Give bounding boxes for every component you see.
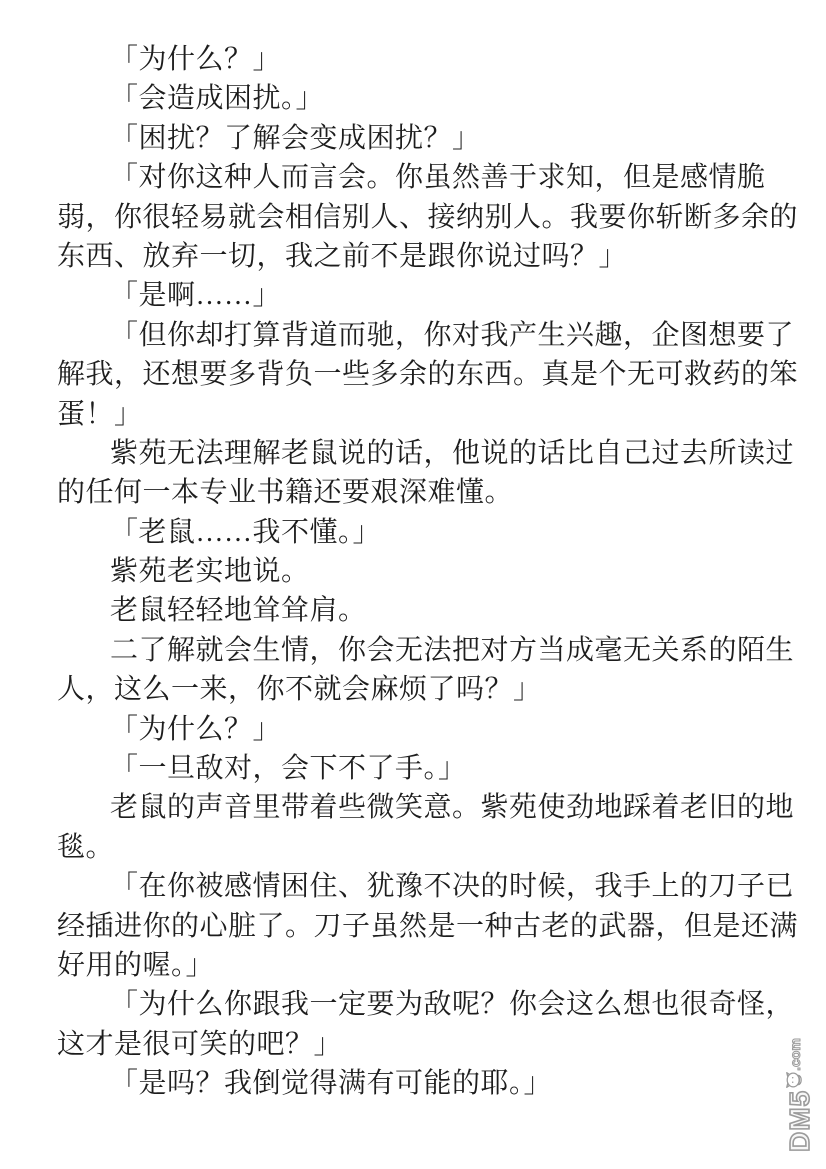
text-line: 「对你这种人而言会。你虽然善于求知，但是感情脆: [57, 158, 786, 197]
text-line: 「为什么？」: [57, 710, 786, 749]
text-line: 经插进你的心脏了。刀子虽然是一种古老的武器，但是还满: [57, 907, 786, 946]
text-line: 「是啊……」: [57, 276, 786, 315]
text-line: 东西、放弃一切，我之前不是跟你说过吗？」: [57, 237, 786, 276]
text-line: 蛋！」: [57, 395, 786, 434]
text-line: 解我，还想要多背负一些多余的东西。真是个无可救药的笨: [57, 355, 786, 394]
text-line: 「老鼠……我不懂。」: [57, 513, 786, 552]
text-line: 「是吗？我倒觉得满有可能的耶。」: [57, 1064, 786, 1103]
page-text-block: 「为什么？」 「会造成困扰。」 「困扰？了解会变成困扰？」 「对你这种人而言会。…: [0, 0, 826, 1104]
text-line: 这才是很可笑的吧？」: [57, 1025, 786, 1064]
text-line: 老鼠轻轻地耸耸肩。: [57, 591, 786, 630]
text-line: 人，这么一来，你不就会麻烦了吗？」: [57, 670, 786, 709]
text-line: 老鼠的声音里带着些微笑意。紫苑使劲地踩着老旧的地: [57, 788, 786, 827]
watermark-mascot-icon: [784, 1069, 806, 1091]
watermark-suffix-text: .com: [787, 1038, 803, 1071]
text-line: 「在你被感情困住、犹豫不决的时候，我手上的刀子已: [57, 867, 786, 906]
text-line: 毯。: [57, 828, 786, 867]
text-line: 「但你却打算背道而驰，你对我产生兴趣，企图想要了: [57, 316, 786, 355]
text-line: 紫苑老实地说。: [57, 552, 786, 591]
text-line: 「会造成困扰。」: [57, 79, 786, 118]
novel-page: 「为什么？」 「会造成困扰。」 「困扰？了解会变成困扰？」 「对你这种人而言会。…: [0, 0, 826, 1169]
text-line: 弱，你很轻易就会相信别人、接纳别人。我要你斩断多余的: [57, 198, 786, 237]
text-line: 「困扰？了解会变成困扰？」: [57, 119, 786, 158]
text-line: 「一旦敌对，会下不了手。」: [57, 749, 786, 788]
text-line: 「为什么？」: [57, 40, 786, 79]
text-line: 好用的喔。」: [57, 946, 786, 985]
dm5-watermark: DM5 .com: [786, 1048, 814, 1152]
text-line: 二了解就会生情，你会无法把对方当成毫无关系的陌生: [57, 631, 786, 670]
text-line: 的任何一本专业书籍还要艰深难懂。: [57, 473, 786, 512]
watermark-brand-text: DM5: [784, 1090, 816, 1152]
text-line: 紫苑无法理解老鼠说的话，他说的话比自己过去所读过: [57, 434, 786, 473]
text-line: 「为什么你跟我一定要为敌呢？你会这么想也很奇怪，: [57, 985, 786, 1024]
